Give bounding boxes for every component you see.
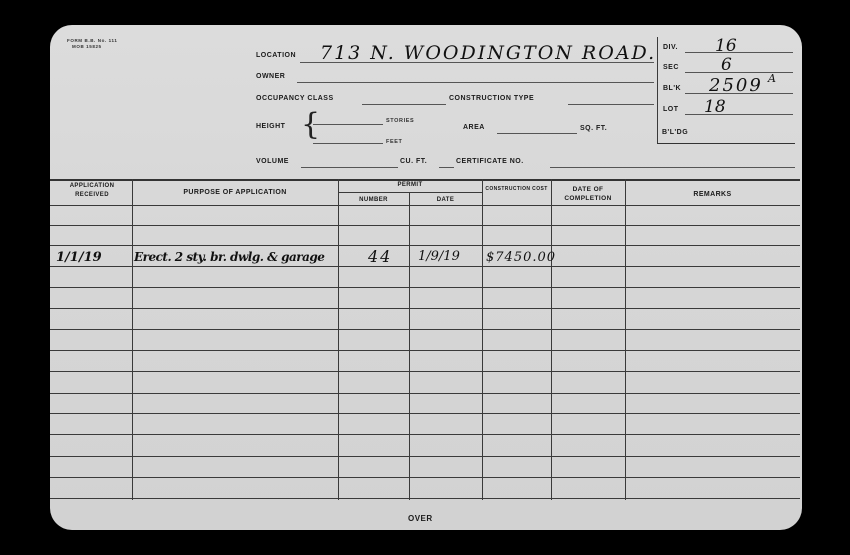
volume-line[interactable] (301, 167, 398, 168)
feet-line[interactable] (313, 143, 383, 144)
col-divider-4 (482, 179, 483, 500)
row-line (50, 477, 800, 478)
col-divider-6 (625, 179, 626, 500)
owner-label: OWNER (256, 73, 285, 80)
location-label: LOCATION (256, 52, 296, 59)
row-line (50, 371, 800, 372)
property-record-card: FORM B.B. No. 111 MOB 15825 LOCATION 713… (50, 25, 802, 530)
lot-label: LOT (663, 106, 679, 113)
row-line (50, 205, 800, 206)
row-line (50, 434, 800, 435)
col-divider-2 (338, 179, 339, 500)
cell-construction-cost[interactable]: $7450.00 (486, 250, 556, 265)
height-brace: { (301, 110, 320, 140)
owner-line[interactable] (297, 82, 654, 83)
row-line (50, 413, 800, 414)
col-divider-1 (132, 179, 133, 500)
header-construction-cost: CONSTRUCTION COST (482, 185, 551, 194)
sec-line (685, 72, 793, 73)
row-line (50, 266, 800, 267)
header-purpose: PURPOSE OF APPLICATION (132, 188, 338, 197)
parcel-box-bottom-border (657, 143, 795, 144)
cell-permit-date[interactable]: 1/9/19 (418, 249, 460, 264)
certificate-label: CERTIFICATE NO. (456, 158, 524, 165)
volume-unit-line (439, 167, 454, 168)
permit-subheader-line (338, 192, 482, 193)
row-line (50, 329, 800, 330)
lot-value[interactable]: 18 (704, 97, 726, 117)
sec-value[interactable]: 6 (721, 55, 732, 75)
feet-label: FEET (386, 139, 402, 145)
occupancy-class-label: OCCUPANCY CLASS (256, 95, 334, 102)
header-application-received: APPLICATION RECEIVED (52, 182, 132, 200)
div-line (685, 52, 793, 53)
area-line[interactable] (497, 133, 577, 134)
row-line (50, 245, 800, 246)
blk-suffix[interactable]: A (768, 72, 776, 85)
row-line (50, 225, 800, 226)
stories-label: STORIES (386, 118, 414, 124)
area-unit: SQ. FT. (580, 125, 607, 132)
height-label: HEIGHT (256, 123, 285, 130)
header-permit: PERMIT (338, 181, 482, 190)
header-remarks: REMARKS (625, 190, 800, 199)
form-number: FORM B.B. No. 111 (67, 38, 117, 43)
row-line (50, 287, 800, 288)
blk-value[interactable]: 2509 (709, 75, 763, 96)
bldg-label: B'L'DG (662, 129, 688, 136)
stories-line[interactable] (313, 124, 383, 125)
construction-type-line[interactable] (568, 104, 654, 105)
lot-line (685, 114, 793, 115)
volume-unit: CU. FT. (400, 158, 427, 165)
div-value[interactable]: 16 (715, 36, 737, 56)
col-divider-3 (409, 192, 410, 500)
row-line (50, 350, 800, 351)
header-date-of-completion: DATE OF COMPLETION (551, 185, 625, 203)
sec-label: SEC (663, 64, 679, 71)
location-value[interactable]: 713 N. WOODINGTON ROAD. (320, 42, 656, 64)
over-label: OVER (408, 514, 433, 523)
header-permit-date: DATE (409, 196, 482, 205)
row-line (50, 308, 800, 309)
certificate-line[interactable] (550, 167, 795, 168)
area-label: AREA (463, 124, 485, 131)
print-code: MOB 15825 (72, 44, 102, 49)
cell-permit-number[interactable]: 44 (368, 247, 392, 266)
col-divider-5 (551, 179, 552, 500)
header-permit-number: NUMBER (338, 196, 409, 205)
construction-type-label: CONSTRUCTION TYPE (449, 95, 534, 102)
row-line (50, 456, 800, 457)
blk-label: BL'K (663, 85, 681, 92)
row-line (50, 498, 800, 499)
parcel-box-left-border (657, 37, 658, 143)
row-line (50, 393, 800, 394)
volume-label: VOLUME (256, 158, 289, 165)
div-label: DIV. (663, 44, 678, 51)
cell-purpose[interactable]: Erect. 2 sty. br. dwlg. & garage (134, 250, 324, 264)
cell-application-received[interactable]: 1/1/19 (56, 250, 102, 265)
occupancy-class-line[interactable] (362, 104, 446, 105)
